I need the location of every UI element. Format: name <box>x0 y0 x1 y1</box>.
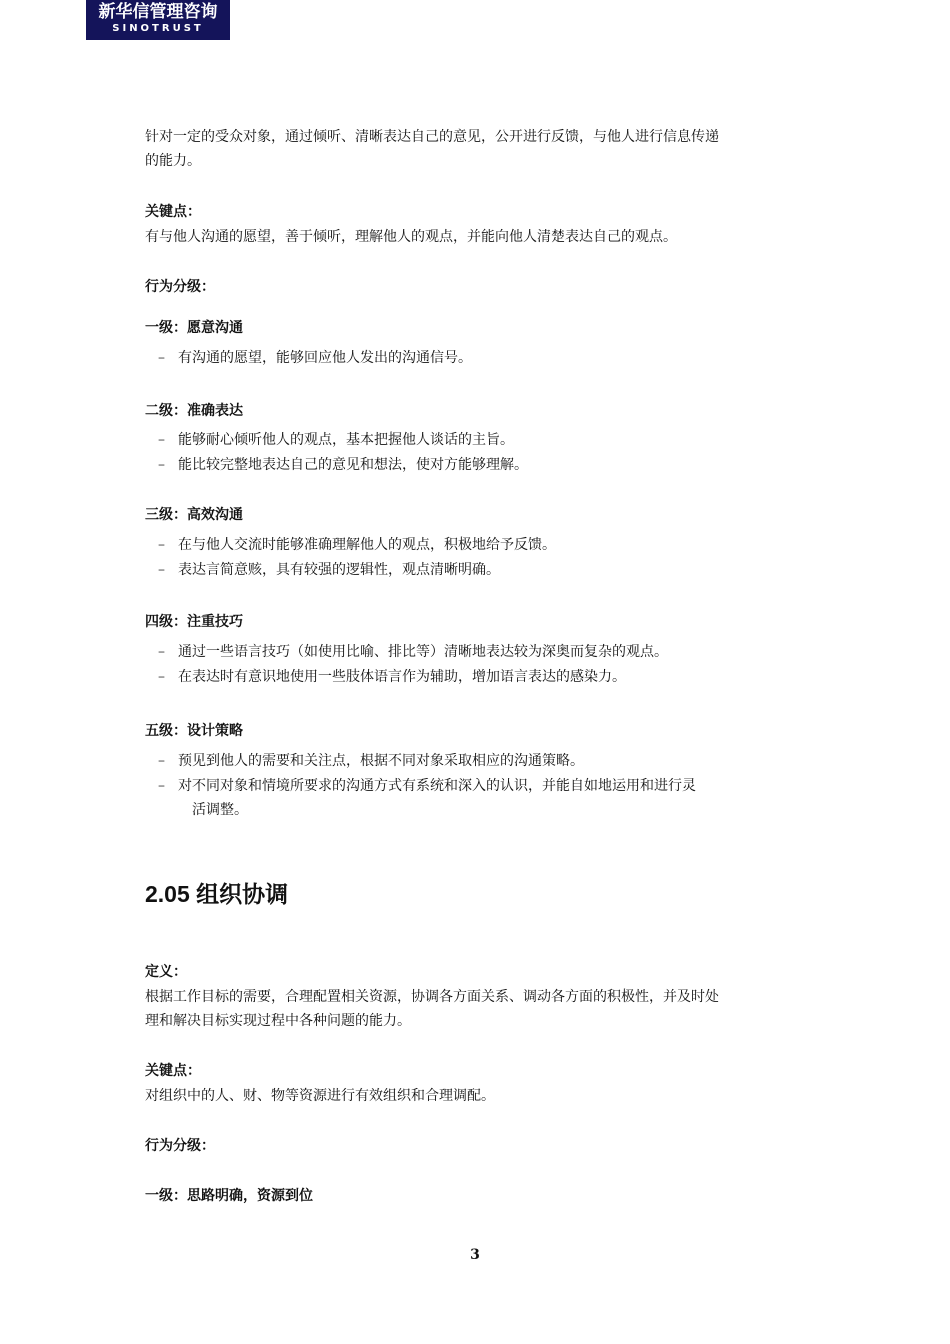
keypoint-text: 对组织中的人、财、物等资源进行有效组织和合理调配。 <box>145 1084 495 1108</box>
list-item: –表达言简意赅，具有较强的逻辑性，观点清晰明确。 <box>158 558 500 582</box>
dash-bullet-icon: – <box>158 346 178 370</box>
definition-line: 根据工作目标的需要，合理配置相关资源，协调各方面关系、调动各方面的积极性，并及时… <box>145 985 719 1009</box>
definition-line: 的能力。 <box>145 149 201 173</box>
dash-bullet-icon: – <box>158 558 178 582</box>
section-heading: 2.05 组织协调 <box>145 876 288 909</box>
level-title: 二级：准确表达 <box>145 399 243 423</box>
dash-bullet-icon: – <box>158 774 178 798</box>
levels-label: 行为分级： <box>145 275 215 299</box>
logo-chinese-text: 新华信管理咨询 <box>86 3 230 22</box>
level-title: 一级：愿意沟通 <box>145 316 243 340</box>
level-title: 一级：思路明确，资源到位 <box>145 1184 313 1208</box>
level-title: 五级：设计策略 <box>145 719 243 743</box>
dash-bullet-icon: – <box>158 749 178 773</box>
logo-english-text: SINOTRUST <box>86 22 230 36</box>
list-item: –通过一些语言技巧（如使用比喻、排比等）清晰地表达较为深奥而复杂的观点。 <box>158 640 668 664</box>
keypoint-label: 关键点： <box>145 1059 201 1083</box>
list-item: –能比较完整地表达自己的意见和想法，使对方能够理解。 <box>158 453 528 477</box>
keypoint-text: 有与他人沟通的愿望，善于倾听，理解他人的观点，并能向他人清楚表达自己的观点。 <box>145 225 677 249</box>
level-title: 三级：高效沟通 <box>145 503 243 527</box>
list-item: –预见到他人的需要和关注点，根据不同对象采取相应的沟通策略。 <box>158 749 584 773</box>
list-item-continuation: 活调整。 <box>192 798 248 822</box>
list-item: –在表达时有意识地使用一些肢体语言作为辅助，增加语言表达的感染力。 <box>158 665 626 689</box>
dash-bullet-icon: – <box>158 640 178 664</box>
list-item: –有沟通的愿望，能够回应他人发出的沟通信号。 <box>158 346 472 370</box>
levels-label: 行为分级： <box>145 1134 215 1158</box>
list-item: –对不同对象和情境所要求的沟通方式有系统和深入的认识，并能自如地运用和进行灵 <box>158 774 696 798</box>
company-logo: 新华信管理咨询 SINOTRUST <box>86 0 230 40</box>
list-item: –能够耐心倾听他人的观点，基本把握他人谈话的主旨。 <box>158 428 514 452</box>
definition-line: 理和解决目标实现过程中各种问题的能力。 <box>145 1009 411 1033</box>
definition-label: 定义： <box>145 960 187 984</box>
keypoint-label: 关键点： <box>145 200 201 224</box>
dash-bullet-icon: – <box>158 453 178 477</box>
dash-bullet-icon: – <box>158 665 178 689</box>
page-number: 3 <box>0 1247 950 1263</box>
dash-bullet-icon: – <box>158 428 178 452</box>
definition-line: 针对一定的受众对象，通过倾听、清晰表达自己的意见，公开进行反馈，与他人进行信息传… <box>145 125 719 149</box>
list-item: –在与他人交流时能够准确理解他人的观点，积极地给予反馈。 <box>158 533 556 557</box>
dash-bullet-icon: – <box>158 533 178 557</box>
level-title: 四级：注重技巧 <box>145 610 243 634</box>
